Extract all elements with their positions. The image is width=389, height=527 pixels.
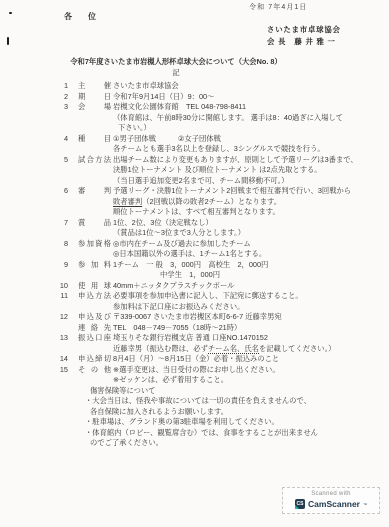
insurance-notes: 傷害保険等について ・大会当日は、怪我や事故については一切の責任を負えませんので… [85,386,389,449]
item-label: 賞品 [78,218,111,229]
note-line: ・駐車場は、グランド奥の第3駐車場を利用してください。 [85,417,389,428]
item-number: 7 [48,218,68,229]
item-line: （賞品は1位～3位まで3人分とします。） [113,228,389,239]
item-label: 申込締切 [78,354,111,365]
item-line: ◎日本国籍以外の選手は、1チーム1名とする。 [113,249,389,260]
item-number: 9 [48,260,68,271]
president-name: 会 長 藤 井 雅 一 [267,36,341,48]
item-row-6: 6 審判 予選リーグ・決勝1位トーナメント2回戦まで相互審判で行い、3回戦から … [0,186,389,218]
record-marker: 記 [0,68,352,79]
item-line: 参加料は下記口座にお振込みください。 [113,302,389,313]
item-line: 岩槻文化公園体育館 TEL 048-798-8411 [113,102,389,113]
item-line: 8月4日（月）～8月15日（金）必着・振込みのこと [113,354,389,365]
item-line: 令和7年9月14日（日）9：00～ [113,92,389,103]
item-label: 参加資格 [78,239,111,250]
item-line: 1位、2位、3位（決定戦なし） [113,218,389,229]
item-label: 申込及び [78,312,111,323]
item-number: 15 [48,365,68,376]
item-line: 出場チーム数により変更もありますが、原則として予選リーグは3番まで、 [113,155,389,166]
scan-artifact [7,37,9,45]
document-body: 令和7年度さいたま市岩槻人形杯卓球大会について（大会No. 8） 記 1 主催 … [0,57,389,449]
item-label: 申込方法 [78,291,111,302]
camscanner-logo-icon: CS [295,499,305,509]
item-label: 会場 [78,102,111,113]
item-line: 各チームとも選手3名以上を登録し、3シングルスで競技を行う。 [113,144,389,155]
note-line: 各自保険に加入されるようお願いします。 [90,407,389,418]
item-line: TEL 048－749－7055（18時～21時） [113,323,389,334]
item-row-2: 2 期日 令和7年9月14日（日）9：00～ [0,92,389,103]
scanned-document-page: 令和 7年4月1日 各 位 さいたま市卓球協会 会 長 藤 井 雅 一 令和7年… [0,0,389,527]
item-label-line2: 連絡先 [78,323,111,334]
item-row-7: 7 賞品 1位、2位、3位（決定戦なし） （賞品は1位～3位まで3人分とします。… [0,218,389,239]
item-line: 順位トーナメントは、すべて相互審判となります。 [113,207,389,218]
item-number: 11 [48,291,68,302]
item-line: 決勝1位トーナメント 及び順位トーナメント は2点先取とする。 [113,165,389,176]
item-label: 振込口座 [78,333,111,344]
item-line: 1チーム 一 般 3，000円 高校生 2，000円 [113,260,389,271]
camscanner-watermark: Scanned with CS CamScanner ™ [282,487,380,514]
item-line: ①男子団体戦 ②女子団体戦 [113,134,389,145]
item-line: 40mm＋ニッタクプラスチックボール [113,281,389,292]
item-label: 主催 [78,81,111,92]
item-line: ◎市内在チーム及び過去に参加したチーム [113,239,389,250]
item-number: 12 [48,312,68,323]
item-line: 予選リーグ・決勝1位トーナメント2回戦まで相互審判で行い、3回戦から [113,186,389,197]
item-number: 13 [48,333,68,344]
item-row-13: 13 振込口座 埼玉りそな銀行岩槻支店 普通 口座NO.1470152 近藤幸男… [0,333,389,354]
item-row-9: 9 参加料 1チーム 一 般 3，000円 高校生 2，000円 中学生 1，0… [0,260,389,281]
item-row-11: 11 申込方法 必要事項を参加申込書に記入し、下記宛に郵送すること。 参加料は下… [0,291,389,312]
item-label: 審判 [78,186,111,197]
item-row-1: 1 主催 さいたま市卓球協会 [0,81,389,92]
item-row-10: 10 使用球 40mm＋ニッタクプラスチックボール [0,281,389,292]
issuer-block: さいたま市卓球協会 会 長 藤 井 雅 一 [267,24,341,47]
item-number: 3 [48,102,68,113]
item-number: 1 [48,81,68,92]
item-line-rest: （2回戦以降の敗者2チーム）となります。 [142,197,281,206]
item-label: その他 [78,365,111,376]
item-line: さいたま市卓球協会 [113,81,389,92]
item-line: 敗者審判（2回戦以降の敗者2チーム）となります。 [113,197,389,208]
item-line: 〒339-0067 さいたま市岩槻区本町6-6-7 近藤幸男宛 [113,312,389,323]
item-line: 埼玉りそな銀行岩槻支店 普通 口座NO.1470152 [113,333,389,344]
item-label: 種目 [78,134,111,145]
item-line-pre: 近藤幸男（振込む際は、必ず [113,344,208,353]
item-row-8: 8 参加資格 ◎市内在チーム及び過去に参加したチーム ◎日本国籍以外の選手は、1… [0,239,389,260]
item-number: 8 [48,239,68,250]
document-title: 令和7年度さいたま市岩槻人形杯卓球大会について（大会No. 8） [0,57,352,68]
item-number: 2 [48,92,68,103]
item-line: 中学生 1，000円 [160,270,389,281]
trademark-symbol: ™ [363,502,367,507]
item-line: （体育館は、午前8時30分に開館します。 選手は8：40過ぎに入場して [113,113,389,124]
item-label: 試合方法 [78,155,111,166]
organization-name: さいたま市卓球協会 [267,24,341,36]
item-number: 10 [48,281,68,292]
item-line: 下さい。） [118,123,389,134]
item-row-3: 3 会場 岩槻文化公園体育館 TEL 048-798-8411 （体育館は、午前… [0,102,389,134]
item-line: ※選手変更は、当日受付の際にお申し出ください。 [113,365,389,376]
salutation: 各 位 [64,11,96,22]
item-line-rest: を記載してください。） [259,344,336,353]
notes-heading: 傷害保険等について [90,386,389,397]
item-label: 期日 [78,92,111,103]
note-line: ・大会当日は、怪我や事故については一切の責任を負えませんので、 [85,396,389,407]
item-number: 4 [48,134,68,145]
item-row-4: 4 種目 ①男子団体戦 ②女子団体戦 各チームとも選手3名以上を登録し、3シング… [0,134,389,155]
item-number: 14 [48,354,68,365]
item-row-12: 12 申込及び 連絡先 〒339-0067 さいたま市岩槻区本町6-6-7 近藤… [0,312,389,333]
item-row-5: 5 試合方法 出場チーム数により変更もありますが、原則として予選リーグは3番まで… [0,155,389,187]
item-line: 近藤幸男（振込む際は、必ずチーム名、氏名を記載してください。） [113,344,389,355]
note-line: ・体育館内（ロビー、観覧席含む）では、食事をすることが出来ません [85,428,389,439]
item-row-15: 15 その他 ※選手変更は、当日受付の際にお申し出ください。 ※ゼッケンは、必ず… [0,365,389,386]
item-number: 6 [48,186,68,197]
scan-artifact [9,12,12,14]
item-line: （当日選手追加変更2名まで可、チーム間移動不可。） [113,176,389,187]
document-date: 令和 7年4月1日 [249,2,308,12]
item-row-14: 14 申込締切 8月4日（月）～8月15日（金）必着・振込みのこと [0,354,389,365]
item-label: 使用球 [78,281,111,292]
item-label: 参加料 [78,260,111,271]
item-number: 5 [48,155,68,166]
item-line: 必要事項を参加申込書に記入し、下記宛に郵送すること。 [113,291,389,302]
underlined-text: 敗者審判 [113,197,142,206]
camscanner-brand-row: CS CamScanner ™ [286,499,376,509]
items-list: 1 主催 さいたま市卓球協会 2 期日 令和7年9月14日（日）9：00～ 3 … [0,81,389,386]
note-line: のでご了承ください。 [90,438,389,449]
item-line: ※ゼッケンは、必ず着用すること。 [113,375,389,386]
camscanner-brand-name: CamScanner [308,499,360,509]
scanned-with-label: Scanned with [286,491,376,497]
underlined-text: チーム名、氏名 [208,344,259,354]
